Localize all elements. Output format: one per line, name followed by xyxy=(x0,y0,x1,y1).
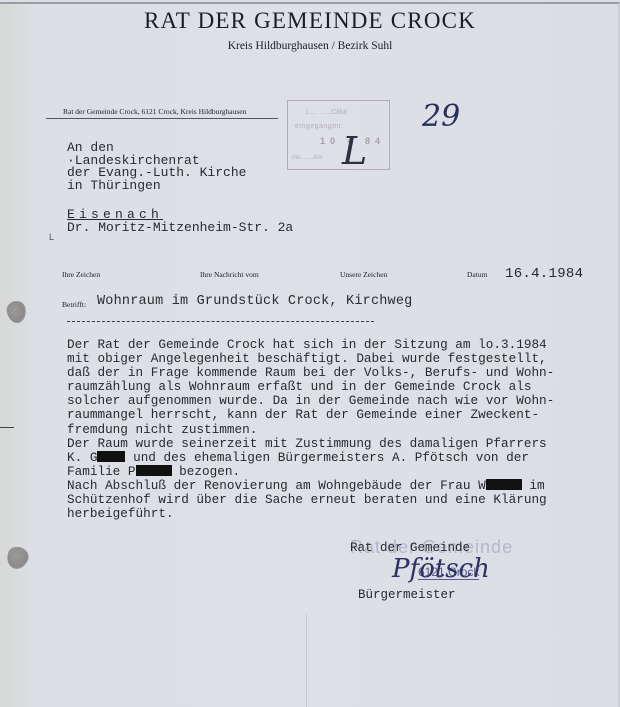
body-paragraph: Der Rat der Gemeinde Crock hat sich in d… xyxy=(67,337,554,451)
recipient-line: in Thüringen xyxy=(67,178,161,193)
handwritten-signature: Pfötsch xyxy=(392,554,490,584)
signature-typed-line: Rat der Gemeinde xyxy=(350,541,470,555)
body-text-fragment: bezogen. xyxy=(172,464,241,479)
return-address: Rat der Gemeinde Crock, 6121 Crock, Krei… xyxy=(63,107,246,116)
redaction-bar xyxy=(136,465,172,476)
punch-hole-icon xyxy=(5,300,28,325)
letter-page: RAT DER GEMEINDE CROCK Kreis Hildburghau… xyxy=(0,2,620,707)
ihre-nachricht-label: Ihre Nachricht vom xyxy=(200,270,259,279)
body-text-fragment: Familie P xyxy=(67,464,136,479)
datum-label: Datum xyxy=(467,270,487,279)
subject-text: Wohnraum im Grundstück Crock, Kirchweg xyxy=(97,294,412,309)
letterhead-subtitle: Kreis Hildburghausen / Bezirk Suhl xyxy=(0,40,620,52)
punch-hole-icon xyxy=(4,544,31,572)
body-text-fragment: Nach Abschluß der Renovierung am Wohngeb… xyxy=(67,478,486,493)
return-address-rule xyxy=(46,118,278,119)
body-text-fragment: und des ehemaligen Bürgermeisters A. Pfö… xyxy=(125,450,529,465)
body-text-fragment: im xyxy=(522,478,545,493)
fold-mark xyxy=(0,427,14,428)
letter-date: 16.4.1984 xyxy=(505,266,583,282)
subject-label: Betrifft: xyxy=(62,300,86,309)
receipt-stamp: L.... ......Cillut eingegangen: 10 4 84 … xyxy=(287,100,390,170)
subject-underline xyxy=(67,321,374,322)
signatory-title: Bürgermeister xyxy=(358,588,456,602)
ihre-zeichen-label: Ihre Zeichen xyxy=(62,270,100,279)
address-corner-mark: L xyxy=(49,232,54,242)
stamp-line-2: eingegangen: xyxy=(295,123,343,130)
redaction-bar xyxy=(486,479,522,490)
handwritten-reference-number: 29 xyxy=(422,99,460,134)
letterhead-title: RAT DER GEMEINDE CROCK xyxy=(0,8,620,34)
unsere-zeichen-label: Unsere Zeichen xyxy=(340,270,387,279)
body-text-fragment: K. G xyxy=(67,450,97,465)
redaction-bar xyxy=(97,451,125,462)
handwritten-mark: L xyxy=(342,129,367,173)
stamp-line-4: mit........Anl. xyxy=(292,155,324,161)
paper-fold-line xyxy=(306,614,307,707)
recipient-street: Dr. Moritz-Mitzenheim-Str. 2a xyxy=(67,220,293,235)
body-closing: Schützenhof wird über die Sache erneut b… xyxy=(67,492,547,521)
stamp-line-1: L.... ......Cillut xyxy=(306,109,347,116)
recipient-address: An den ·Landeskirchenrat der Evang.-Luth… xyxy=(67,142,246,192)
letter-body: Der Rat der Gemeinde Crock hat sich in d… xyxy=(67,338,587,521)
